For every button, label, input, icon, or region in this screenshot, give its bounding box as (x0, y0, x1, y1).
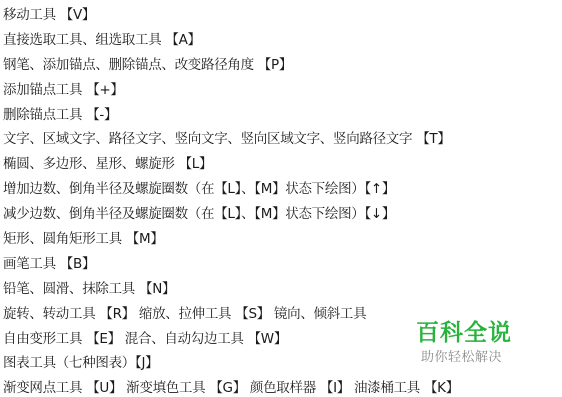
shortcut-line: 图表工具（七种图表）【J】 (3, 351, 459, 376)
shortcut-line: 钢笔、添加锚点、删除锚点、改变路径角度 【P】 (3, 53, 459, 78)
shortcut-line: 画笔工具 【B】 (3, 252, 459, 277)
shortcut-line: 增加边数、倒角半径及螺旋圈数（在【L】、【M】状态下绘图）【↑】 (3, 177, 459, 202)
shortcut-line: 删除锚点工具 【-】 (3, 103, 459, 128)
shortcut-line: 自由变形工具 【E】 混合、自动勾边工具 【W】 (3, 327, 459, 352)
shortcut-line: 铅笔、圆滑、抹除工具 【N】 (3, 277, 459, 302)
watermark-subtitle: 助你轻松解决 (421, 346, 502, 365)
shortcut-line: 减少边数、倒角半径及螺旋圈数（在【L】、【M】状态下绘图）【↓】 (3, 202, 459, 227)
shortcut-line: 椭圆、多边形、星形、螺旋形 【L】 (3, 152, 459, 177)
shortcut-line: 渐变网点工具 【U】 渐变填色工具 【G】 颜色取样器 【I】 油漆桶工具 【K… (3, 376, 459, 397)
shortcut-list: 移动工具 【V】 直接选取工具、组选取工具 【A】 钢笔、添加锚点、删除锚点、改… (3, 3, 459, 397)
shortcut-line: 移动工具 【V】 (3, 3, 459, 28)
shortcut-line: 旋转、转动工具 【R】 缩放、拉伸工具 【S】 镜向、倾斜工具 (3, 302, 459, 327)
shortcut-line: 文字、区域文字、路径文字、竖向文字、竖向区域文字、竖向路径文字 【T】 (3, 127, 459, 152)
shortcut-line: 直接选取工具、组选取工具 【A】 (3, 28, 459, 53)
watermark-title: 百科全说 (416, 314, 512, 347)
shortcut-line: 添加锚点工具 【+】 (3, 78, 459, 103)
shortcut-line: 矩形、圆角矩形工具 【M】 (3, 227, 459, 252)
watermark: 百科全说 助你轻松解决 (408, 308, 538, 372)
